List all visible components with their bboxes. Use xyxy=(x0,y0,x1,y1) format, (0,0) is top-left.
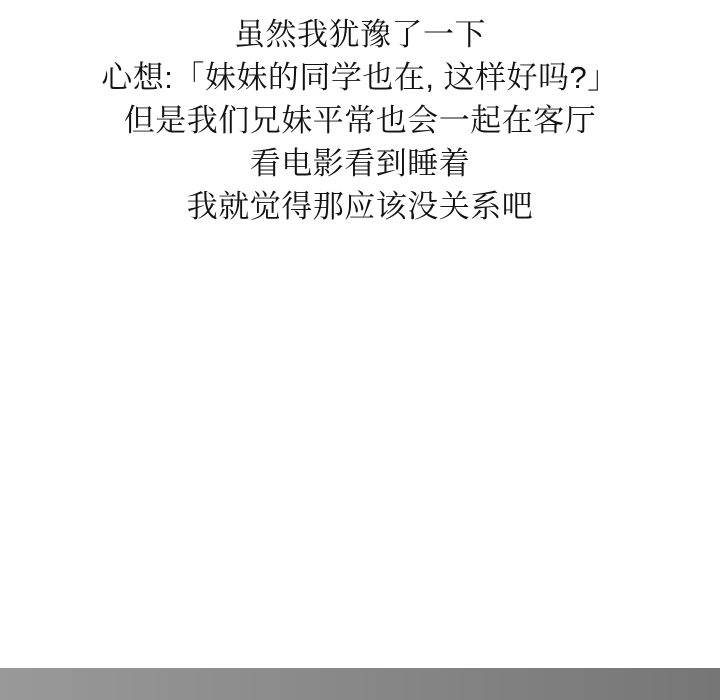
narration-line: 心想:「妹妹的同学也在, 这样好吗?」 xyxy=(0,56,720,99)
narration-line: 我就觉得那应该没关系吧 xyxy=(0,185,720,228)
narration-line: 但是我们兄妹平常也会一起在客厅 xyxy=(0,99,720,142)
narration-text-block: 虽然我犹豫了一下 心想:「妹妹的同学也在, 这样好吗?」 但是我们兄妹平常也会一… xyxy=(0,13,720,228)
next-panel-image-edge xyxy=(0,668,720,700)
narration-line: 虽然我犹豫了一下 xyxy=(0,13,720,56)
comic-page: 虽然我犹豫了一下 心想:「妹妹的同学也在, 这样好吗?」 但是我们兄妹平常也会一… xyxy=(0,0,720,700)
narration-line: 看电影看到睡着 xyxy=(0,142,720,185)
